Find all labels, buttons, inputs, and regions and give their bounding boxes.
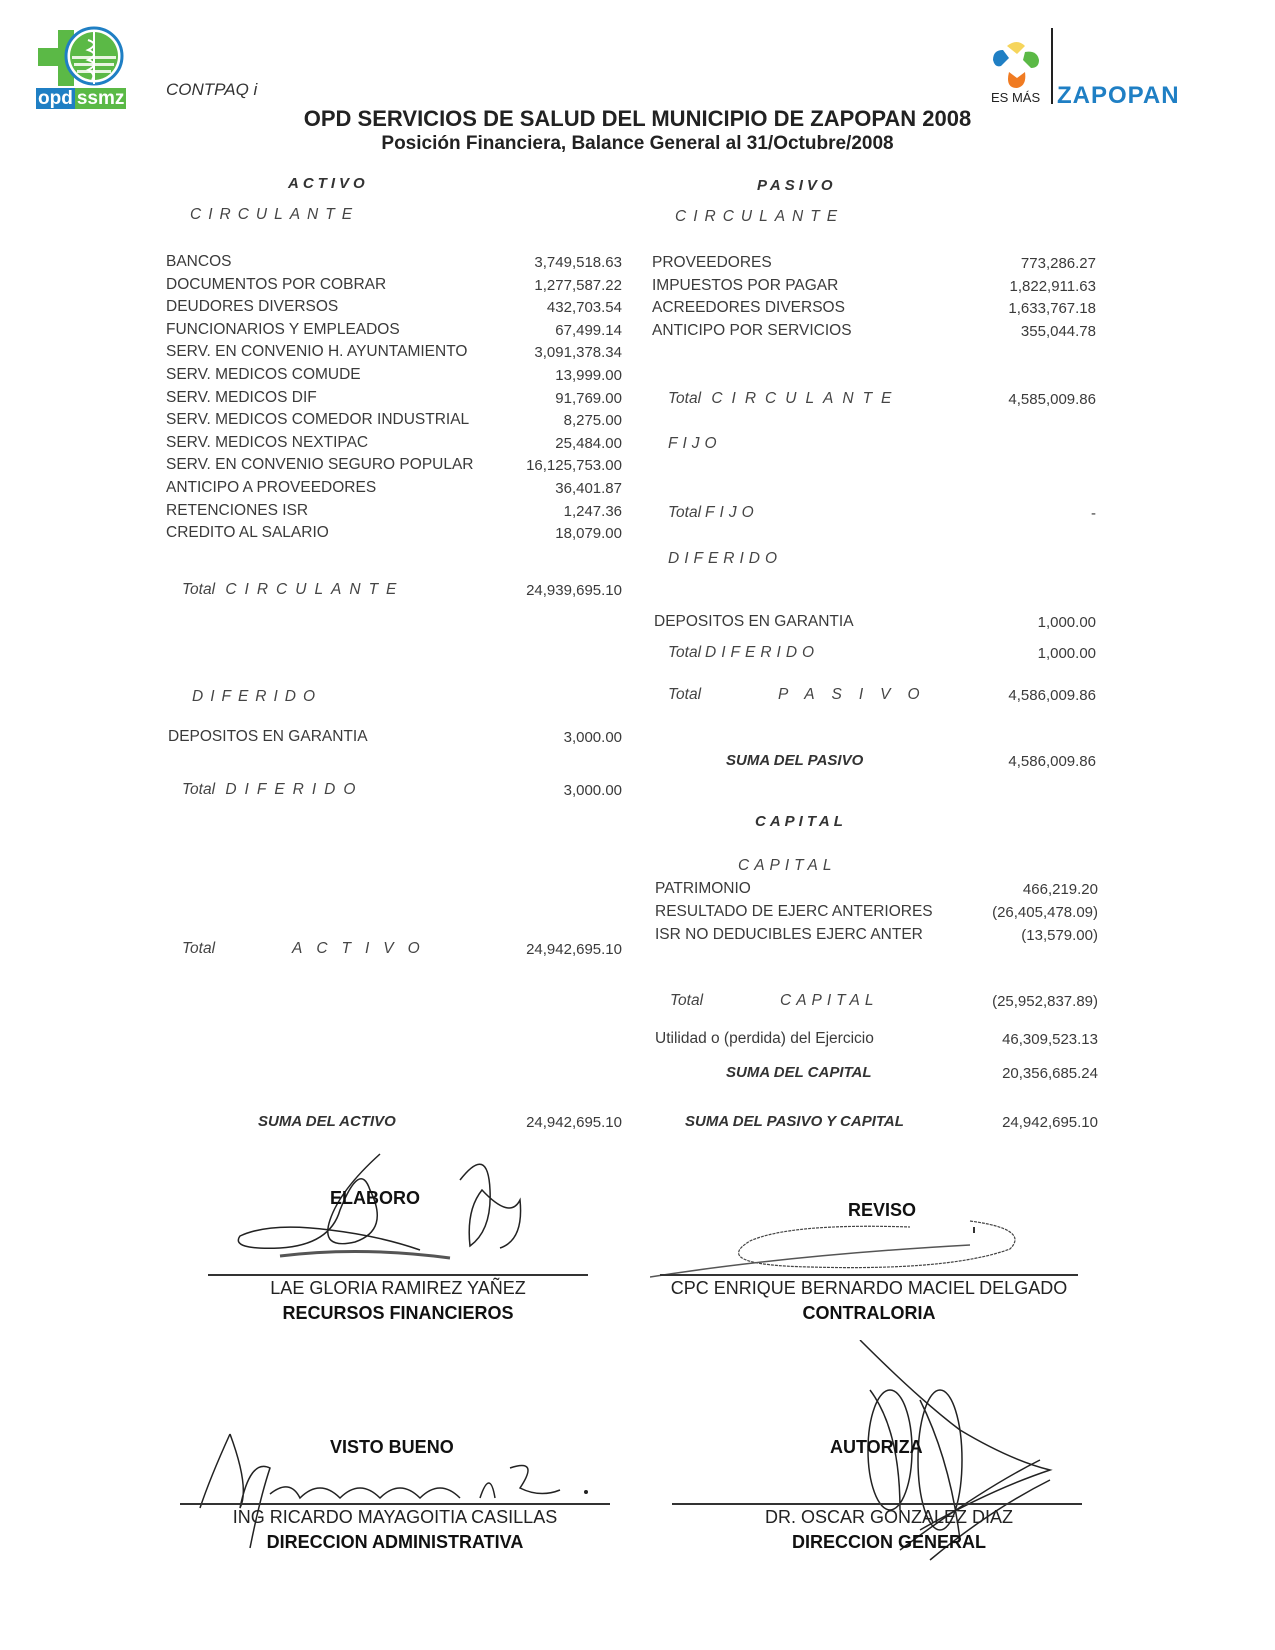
total-pasivo-label: PASIVO: [778, 686, 937, 704]
line-item-value: 432,703.54: [480, 299, 622, 316]
pasivo-diferido-heading: DIFERIDO: [668, 550, 782, 568]
line-item-value: 36,401.87: [480, 480, 622, 497]
suma-pasivo-label: SUMA DEL PASIVO: [726, 752, 863, 769]
logo-divider: [1051, 28, 1053, 104]
line-item-value: 355,044.78: [940, 323, 1096, 340]
line-item-value: 3,749,518.63: [480, 254, 622, 271]
signature-autoriza-role: DIRECCION GENERAL: [690, 1532, 1088, 1553]
signature-autoriza-name: DR. OSCAR GONZALEZ DIAZ: [690, 1507, 1088, 1528]
line-item-value: 773,286.27: [940, 255, 1096, 272]
signature-reviso-line: [660, 1274, 1078, 1276]
line-item-label: IMPUESTOS POR PAGAR: [652, 277, 838, 295]
activo-diferido-item-label: DEPOSITOS EN GARANTIA: [168, 728, 368, 746]
page-subtitle: Posición Financiera, Balance General al …: [0, 133, 1275, 155]
pasivo-total-circulante-value: 4,585,009.86: [940, 391, 1096, 408]
line-item-value: (13,579.00): [940, 927, 1098, 944]
total-prefix: Total: [668, 504, 701, 521]
total-pasivo-value: 4,586,009.86: [940, 687, 1096, 704]
line-item-value: 13,999.00: [480, 367, 622, 384]
line-item-label: ACREEDORES DIVERSOS: [652, 299, 845, 317]
signature-elaboro-role: RECURSOS FINANCIEROS: [200, 1303, 596, 1324]
total-circulante-label: CIRCULANTE: [711, 390, 900, 407]
line-item-label: SERV. MEDICOS COMEDOR INDUSTRIAL: [166, 411, 469, 429]
es-mas-text: ES MÁS: [991, 90, 1040, 105]
pasivo-fijo-heading: FIJO: [668, 435, 722, 453]
pasivo-total-fijo-label: TotalFIJO: [668, 504, 759, 522]
line-item-value: 16,125,753.00: [480, 457, 622, 474]
line-item-label: FUNCIONARIOS Y EMPLEADOS: [166, 321, 400, 339]
line-item-value: (26,405,478.09): [940, 904, 1098, 921]
software-label: CONTPAQ i: [166, 80, 257, 100]
total-capital-prefix: Total: [670, 992, 703, 1010]
line-item-value: 8,275.00: [480, 412, 622, 429]
line-item-value: 466,219.20: [940, 881, 1098, 898]
activo-circulante-heading: CIRCULANTE: [190, 206, 359, 224]
signature-reviso-caption: REVISO: [848, 1200, 916, 1221]
signature-autoriza-caption: AUTORIZA: [830, 1437, 923, 1458]
signature-reviso-name: CPC ENRIQUE BERNARDO MACIEL DELGADO: [650, 1278, 1088, 1299]
line-item-value: 1,247.36: [480, 503, 622, 520]
line-item-value: 91,769.00: [480, 390, 622, 407]
line-item-label: DOCUMENTOS POR COBRAR: [166, 276, 386, 294]
line-item-label: SERV. MEDICOS DIF: [166, 389, 317, 407]
activo-total-circulante-value: 24,939,695.10: [480, 582, 622, 599]
line-item-label: SERV. EN CONVENIO H. AYUNTAMIENTO: [166, 343, 467, 361]
line-item-value: 1,822,911.63: [940, 278, 1096, 295]
total-capital-value: (25,952,837.89): [940, 993, 1098, 1010]
opdssmz-logo: opdssmz: [36, 26, 128, 114]
signature-elaboro-line: [208, 1274, 588, 1276]
line-item-label: BANCOS: [166, 253, 231, 271]
suma-activo-value: 24,942,695.10: [480, 1114, 622, 1131]
activo-diferido-item-value: 3,000.00: [480, 729, 622, 746]
line-item-label: SERV. MEDICOS NEXTIPAC: [166, 434, 368, 452]
line-item-label: PROVEEDORES: [652, 254, 772, 272]
total-fijo-label: FIJO: [705, 504, 759, 521]
total-activo-prefix: Total: [182, 940, 215, 958]
total-activo-label: ACTIVO: [292, 940, 434, 958]
line-item-value: 1,633,767.18: [940, 300, 1096, 317]
line-item-label: PATRIMONIO: [655, 880, 751, 898]
capital-heading: CAPITAL: [755, 813, 847, 830]
line-item-value: 25,484.00: [480, 435, 622, 452]
pasivo-heading: PASIVO: [757, 177, 837, 194]
total-diferido-label: DIFERIDO: [225, 781, 363, 798]
suma-pasivo-capital-value: 24,942,695.10: [940, 1114, 1098, 1131]
line-item-label: CREDITO AL SALARIO: [166, 524, 329, 542]
line-item-label: RETENCIONES ISR: [166, 502, 308, 520]
line-item-value: 67,499.14: [480, 322, 622, 339]
total-prefix: Total: [668, 390, 701, 407]
suma-activo-label: SUMA DEL ACTIVO: [258, 1113, 396, 1130]
line-item-value: 1,277,587.22: [480, 277, 622, 294]
activo-heading: ACTIVO: [288, 175, 369, 192]
total-diferido-label: DIFERIDO: [705, 644, 819, 661]
utilidad-label: Utilidad o (perdida) del Ejercicio: [655, 1030, 874, 1048]
signature-autoriza-line: [672, 1503, 1082, 1505]
signature-reviso-role: CONTRALORIA: [650, 1303, 1088, 1324]
utilidad-value: 46,309,523.13: [940, 1031, 1098, 1048]
line-item-label: ISR NO DEDUCIBLES EJERC ANTER: [655, 926, 923, 944]
pasivo-total-diferido-label: TotalDIFERIDO: [668, 644, 819, 662]
capital-sub-heading: CAPITAL: [738, 857, 836, 875]
total-prefix: Total: [182, 581, 215, 598]
total-capital-label: CAPITAL: [780, 992, 878, 1010]
pasivo-total-diferido-value: 1,000.00: [940, 645, 1096, 662]
line-item-label: RESULTADO DE EJERC ANTERIORES: [655, 903, 933, 921]
signature-elaboro-caption: ELABORO: [330, 1188, 420, 1209]
line-item-value: 3,091,378.34: [480, 344, 622, 361]
signature-elaboro-name: LAE GLORIA RAMIREZ YAÑEZ: [200, 1278, 596, 1299]
line-item-label: SERV. EN CONVENIO SEGURO POPULAR: [166, 456, 474, 474]
zapopan-logo: ES MÁS ZAPOPAN: [985, 24, 1195, 114]
line-item-label: ANTICIPO POR SERVICIOS: [652, 322, 852, 340]
page-title: OPD SERVICIOS DE SALUD DEL MUNICIPIO DE …: [0, 106, 1275, 132]
activo-total-diferido-value: 3,000.00: [480, 782, 622, 799]
suma-capital-value: 20,356,685.24: [940, 1065, 1098, 1082]
signature-elaboro-scribble-icon: [220, 1150, 560, 1270]
suma-capital-label: SUMA DEL CAPITAL: [726, 1064, 872, 1081]
signature-visto-bueno-line: [180, 1503, 610, 1505]
activo-total-diferido-label: Total DIFERIDO: [182, 781, 363, 799]
pasivo-total-circulante-label: Total CIRCULANTE: [668, 390, 900, 408]
signature-visto-bueno-name: ING RICARDO MAYAGOITIA CASILLAS: [180, 1507, 610, 1528]
pasivo-circulante-heading: CIRCULANTE: [675, 208, 844, 226]
total-circulante-label: CIRCULANTE: [225, 581, 404, 598]
suma-pasivo-capital-label: SUMA DEL PASIVO Y CAPITAL: [685, 1113, 904, 1130]
line-item-label: ANTICIPO A PROVEEDORES: [166, 479, 376, 497]
signature-visto-bueno-role: DIRECCION ADMINISTRATIVA: [180, 1532, 610, 1553]
total-pasivo-prefix: Total: [668, 686, 701, 704]
total-activo-value: 24,942,695.10: [480, 941, 622, 958]
line-item-label: DEUDORES DIVERSOS: [166, 298, 338, 316]
signature-visto-bueno-caption: VISTO BUENO: [330, 1437, 454, 1458]
total-prefix: Total: [668, 644, 701, 661]
pasivo-total-fijo-value: -: [940, 505, 1096, 522]
activo-diferido-heading: DIFERIDO: [192, 688, 322, 706]
line-item-value: 18,079.00: [480, 525, 622, 542]
total-prefix: Total: [182, 781, 215, 798]
pasivo-diferido-item-value: 1,000.00: [940, 614, 1096, 631]
line-item-label: SERV. MEDICOS COMUDE: [166, 366, 361, 384]
zapopan-knot-icon: [991, 38, 1043, 94]
pasivo-diferido-item-label: DEPOSITOS EN GARANTIA: [654, 613, 854, 631]
suma-pasivo-value: 4,586,009.86: [940, 753, 1096, 770]
activo-total-circulante-label: Total CIRCULANTE: [182, 581, 404, 599]
